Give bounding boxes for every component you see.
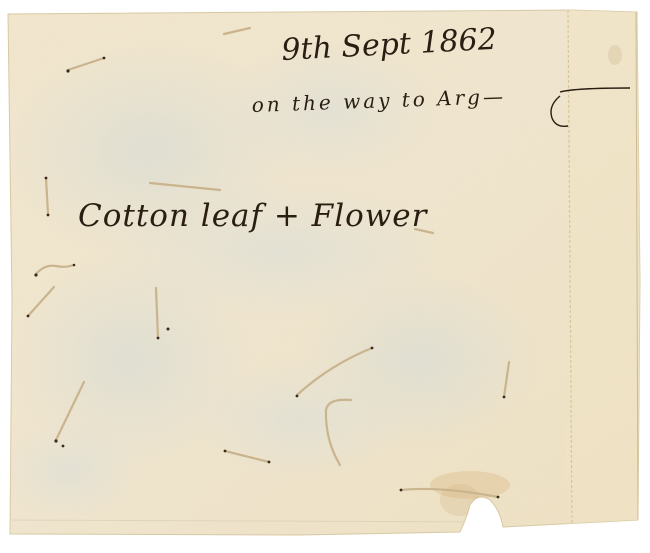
paper-scan: 9th Sept 1862 on the way to Arg— Cotton … [0, 0, 650, 553]
specimen-paper: 9th Sept 1862 on the way to Arg— Cotton … [0, 0, 650, 553]
specimen-label: Cotton leaf + Flower [78, 198, 429, 234]
